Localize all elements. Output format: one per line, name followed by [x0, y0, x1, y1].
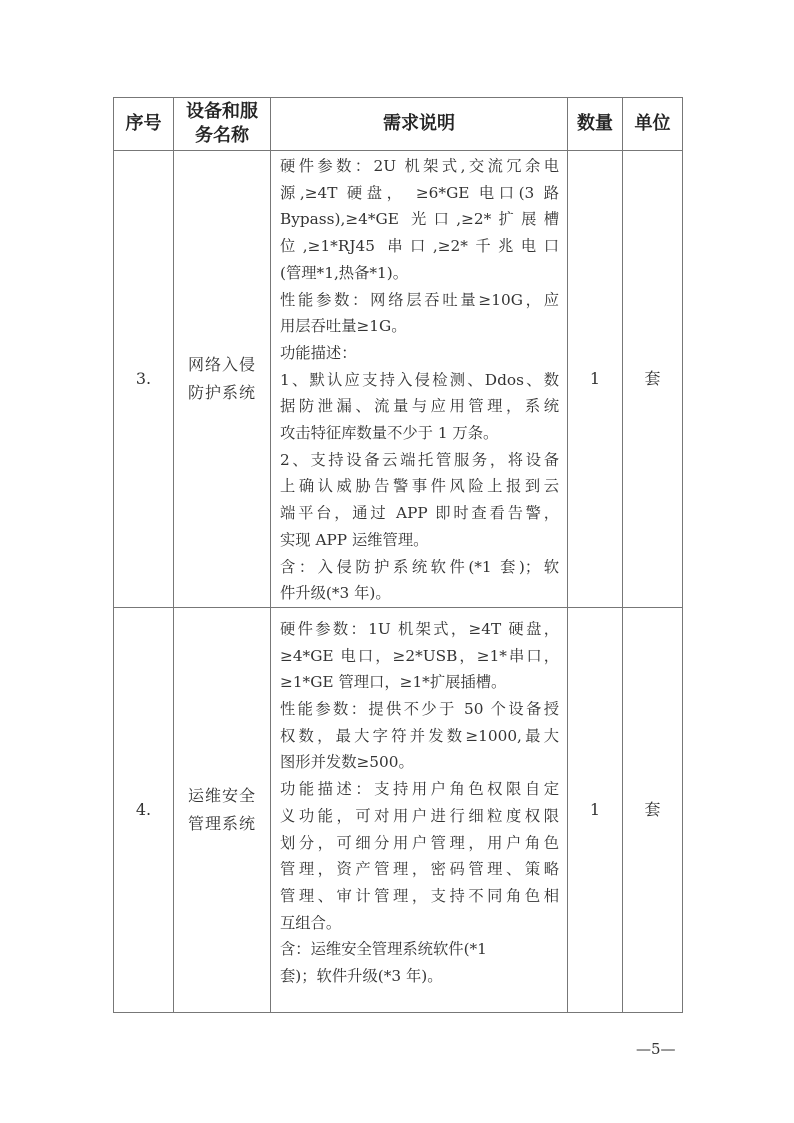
desc-line: 性能参数：提供不少于 50 个设备授 [280, 696, 559, 723]
page-number: —5— [636, 1040, 676, 1058]
desc-line: 2、支持设备云端托管服务，将设备 [280, 447, 559, 474]
desc-line: 性能参数：网络层吞吐量≥10G，应 [280, 287, 559, 314]
row-name-line1: 运维安全 [188, 786, 256, 805]
desc-line: 权数，最大字符并发数≥1000,最大 [280, 723, 559, 750]
desc-line: 1、默认应支持入侵检测、Ddos、数 [280, 367, 559, 394]
row-desc: 硬件参数：1U 机架式，≥4T 硬盘， ≥4*GE 电口，≥2*USB，≥1*串… [271, 607, 568, 1012]
requirements-table: 序号 设备和服 务名称 需求说明 数量 单位 3. 网络入侵 防护系统 硬件参数… [113, 97, 683, 1013]
desc-line: 功能描述：支持用户角色权限自定 [280, 776, 559, 803]
desc-line: 功能描述： [280, 340, 559, 367]
desc-line: 位,≥1*RJ45 串口,≥2*千兆电口 [280, 233, 559, 260]
desc-line: 含：入侵防护系统软件(*1 套)；软 [280, 554, 559, 581]
desc-line: 划分，可细分用户管理，用户角色 [280, 830, 559, 857]
desc-line: 硬件参数：2U 机架式,交流冗余电 [280, 153, 559, 180]
desc-line: 源,≥4T 硬盘， ≥6*GE 电口(3 路 [280, 180, 559, 207]
table-row: 4. 运维安全 管理系统 硬件参数：1U 机架式，≥4T 硬盘， ≥4*GE 电… [114, 607, 683, 1012]
row-name-line1: 网络入侵 [188, 355, 256, 374]
desc-line: 实现 APP 运维管理。 [280, 527, 559, 554]
header-name-line2: 务名称 [195, 125, 249, 146]
desc-line: 图形并发数≥500。 [280, 749, 559, 776]
table-row: 3. 网络入侵 防护系统 硬件参数：2U 机架式,交流冗余电 源,≥4T 硬盘，… [114, 151, 683, 608]
row-desc: 硬件参数：2U 机架式,交流冗余电 源,≥4T 硬盘， ≥6*GE 电口(3 路… [271, 151, 568, 608]
desc-line: ≥4*GE 电口，≥2*USB，≥1*串口， [280, 643, 559, 670]
row-qty: 1 [568, 151, 623, 608]
desc-line: ≥1*GE 管理口，≥1*扩展插槽。 [280, 669, 559, 696]
header-seq: 序号 [114, 98, 174, 151]
desc-line: 管理、审计管理，支持不同角色相 [280, 883, 559, 910]
row-unit: 套 [623, 151, 683, 608]
row-qty: 1 [568, 607, 623, 1012]
row-name-line2: 管理系统 [188, 814, 256, 833]
desc-line: 攻击特征库数量不少于 1 万条。 [280, 420, 559, 447]
desc-line: 上确认威胁告警事件风险上报到云 [280, 473, 559, 500]
row-unit: 套 [623, 607, 683, 1012]
header-desc: 需求说明 [271, 98, 568, 151]
row-seq: 4. [114, 607, 174, 1012]
header-name: 设备和服 务名称 [174, 98, 271, 151]
desc-line: 义功能，可对用户进行细粒度权限 [280, 803, 559, 830]
desc-line: 互组合。 [280, 910, 559, 937]
header-name-line1: 设备和服 [186, 101, 258, 122]
desc-line: 件升级(*3 年)。 [280, 580, 559, 607]
desc-line: 用层吞吐量≥1G。 [280, 313, 559, 340]
row-name: 运维安全 管理系统 [174, 607, 271, 1012]
desc-line: 管理，资产管理，密码管理、策略 [280, 856, 559, 883]
desc-line: (管理*1,热备*1)。 [280, 260, 559, 287]
desc-line: 端平台，通过 APP 即时查看告警， [280, 500, 559, 527]
header-qty: 数量 [568, 98, 623, 151]
desc-line: 硬件参数：1U 机架式，≥4T 硬盘， [280, 616, 559, 643]
header-unit: 单位 [623, 98, 683, 151]
row-name-line2: 防护系统 [188, 383, 256, 402]
desc-line: Bypass),≥4*GE 光口,≥2*扩展槽 [280, 206, 559, 233]
table-header-row: 序号 设备和服 务名称 需求说明 数量 单位 [114, 98, 683, 151]
desc-line: 套)；软件升级(*3 年)。 [280, 963, 559, 990]
row-name: 网络入侵 防护系统 [174, 151, 271, 608]
desc-line: 含：运维安全管理系统软件(*1 [280, 936, 559, 963]
row-seq: 3. [114, 151, 174, 608]
desc-line: 据防泄漏、流量与应用管理，系统 [280, 393, 559, 420]
